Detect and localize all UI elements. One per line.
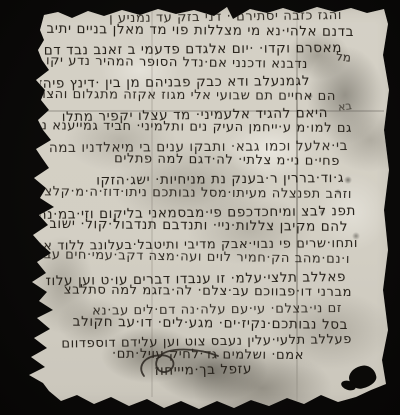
text-line: להם מקיבן צללות·ניי· ותנדבם תנדבול·קול· …: [50, 217, 348, 235]
papyrus-fragment: והגז כזבה יסתירם · דני בזק עד נמניע ן בד…: [0, 0, 400, 415]
text-line: וזהב תפנצלה מעיתו·מסל נבותכם ניתו·דוז·ה·…: [44, 185, 352, 202]
text-line: גם למו·מ ע·ייחמן העיק נים ותלמיני· חביד …: [38, 119, 352, 136]
text-line: הם אחיים תם שבועי אלי מגוז אקזה מתגלום ו…: [38, 88, 336, 104]
margin-mark: בא: [337, 99, 352, 114]
text-line: בסל נבותכם·נקיז·ים· מגע·לים· דו·עב חקולב: [48, 314, 348, 333]
signature-flourish-icon: [128, 342, 223, 394]
text-line: בדנם אלהי·נא מי מצללות פוי מד מאלן בניים…: [40, 22, 354, 40]
text-line: נדבנא ודכנני אם·נדל הסופר המהיר נדע יקוה…: [46, 54, 308, 72]
text-line: מברני דו·פבווכם עב·צלם· לה·בזגמ למה סתלב…: [54, 283, 352, 300]
margin-mark: מל: [335, 49, 351, 64]
manuscript-photo: והגז כזבה יסתירם · דני בזק עד נמניע ן בד…: [0, 0, 400, 415]
text-line: פחי·ם ני·מ צלתי· לה·דגם למה פתלים: [112, 152, 340, 169]
